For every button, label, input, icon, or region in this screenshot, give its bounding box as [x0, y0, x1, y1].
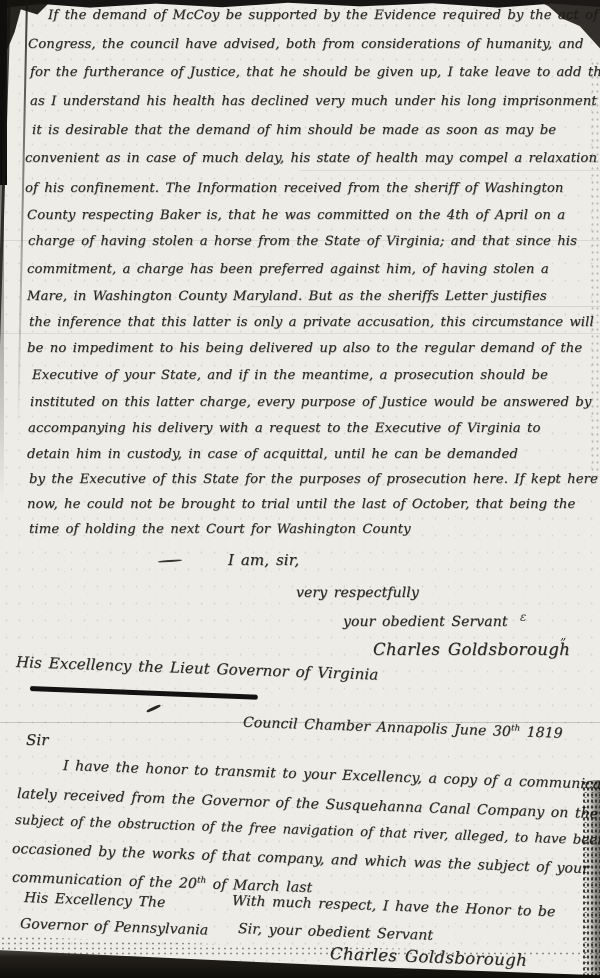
- closing2-obedient-servant: Sir, your obedient Servant: [238, 921, 434, 944]
- tick-mark: [146, 704, 161, 713]
- manuscript-line: for the furtherance of Justice, that he …: [30, 65, 600, 80]
- signature2-goldsborough: Charles Goldsborough: [330, 944, 528, 970]
- salutation-sir: Sir: [26, 731, 49, 749]
- manuscript-line: be no impediment to his being delivered …: [27, 341, 582, 356]
- closing2-respect: With much respect, I have the Honor to b…: [232, 893, 556, 920]
- dateline-year: 1819: [520, 724, 563, 741]
- manuscript-line: charge of having stolen a horse from the…: [28, 234, 577, 249]
- manuscript-line: Mare, in Washington County Maryland. But…: [27, 289, 547, 304]
- manuscript-line: now, he could not be brought to trial un…: [27, 497, 575, 512]
- manuscript-line: I have the honor to transmit to your Exc…: [63, 758, 600, 794]
- manuscript-line: the inference that this latter is only a…: [29, 315, 594, 330]
- addressee-lieut-governor-virginia: His Excellency the Lieut Governor of Vir…: [16, 653, 379, 684]
- scan-edge-left-fade: [0, 180, 4, 500]
- manuscript-line: commitment, a charge has been preferred …: [27, 262, 549, 277]
- ink-mark: ”: [560, 636, 566, 650]
- ruled-line: [0, 333, 600, 334]
- addressee2-line1: His Excellency The: [24, 890, 166, 911]
- manuscript-line: instituted on this latter charge, every …: [30, 395, 591, 410]
- manuscript-line: County respecting Baker is, that he was …: [27, 208, 565, 223]
- manuscript-line: If the demand of McCoy be supported by t…: [48, 8, 598, 23]
- manuscript-line: accompanying his delivery with a request…: [28, 421, 541, 436]
- manuscript-line: detain him in custody, in case of acquit…: [27, 447, 518, 462]
- scan-crease-line-a: [0, 0, 10, 978]
- addressee2-line2: Governor of Pennsylvania: [20, 916, 209, 939]
- manuscript-line: time of holding the next Court for Washi…: [29, 522, 411, 537]
- manuscript-line: it is desirable that the demand of him s…: [32, 123, 556, 138]
- pen-stroke-divider: [30, 686, 258, 699]
- closing-salutation: I am, sir,: [228, 551, 299, 569]
- manuscript-line: by the Executive of this State for the p…: [29, 472, 598, 487]
- manuscript-line: convenient as in case of much delay, his…: [25, 151, 597, 166]
- scanned-letter-page: If the demand of McCoy be supported by t…: [0, 0, 600, 978]
- signature-goldsborough: Charles Goldsborough: [373, 640, 570, 659]
- scan-edge-top: [0, 0, 600, 8]
- ruled-line: [250, 306, 600, 307]
- manuscript-line: of his confinement. The Information rece…: [25, 181, 564, 196]
- scan-edge-left-strip: [0, 0, 7, 185]
- manuscript-line: Executive of your State, and if in the m…: [32, 368, 548, 383]
- scan-edge-right-speckle-upper: [590, 60, 600, 480]
- closing-respectfully: very respectfully: [296, 585, 419, 601]
- dateline-place-date: Council Chamber Annapolis June 30: [243, 715, 512, 740]
- manuscript-line: as I understand his health has declined …: [30, 94, 597, 109]
- dateline-annapolis: Council Chamber Annapolis June 30th 1819: [243, 714, 563, 742]
- ink-flourish: ɛ: [520, 610, 526, 624]
- ruled-line: [300, 170, 600, 171]
- manuscript-line: Congress, the council have advised, both…: [28, 37, 584, 52]
- closing-obedient-servant: your obedient Servant: [343, 614, 508, 630]
- stray-dash: [158, 559, 182, 563]
- last-line-pre: communication of the 20: [12, 870, 198, 892]
